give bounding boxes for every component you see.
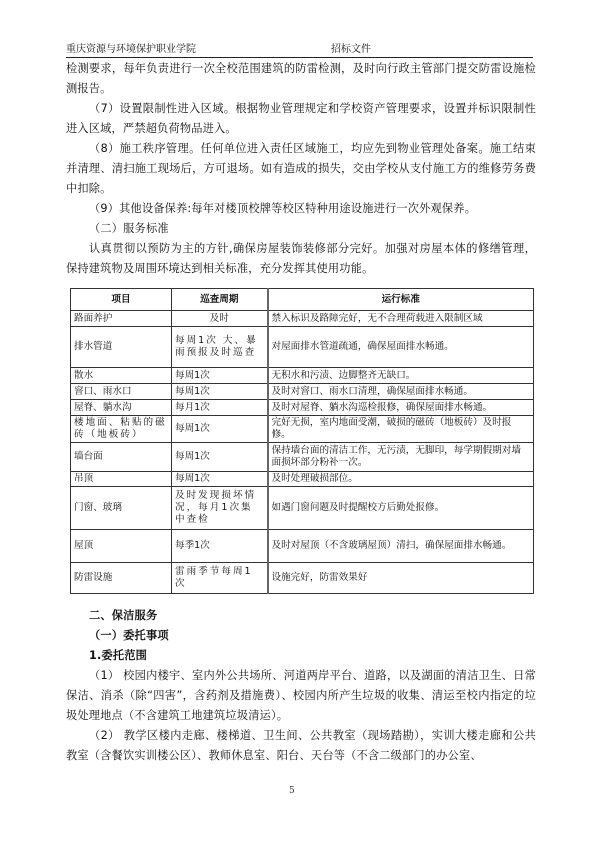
- table-row: 路面养护 及时 禁入标识及路障完好，无不合理荷载进入限制区域: [71, 311, 534, 327]
- page-number: 5: [289, 786, 295, 796]
- cell-cycle: 每月1次: [172, 400, 268, 416]
- cell-standard: 禁入标识及路障完好，无不合理荷载进入限制区域: [268, 311, 534, 327]
- paragraph-standard-intro: 认真贯彻以预防为主的方针,确保房屋装饰装修部分完好。加强对房屋本体的修缮管理，保…: [66, 239, 536, 279]
- header-doc-type: 招标文件: [331, 44, 371, 56]
- cell-standard: 保持墙台面的清洁工作，无污渍，无脚印，每学期假期对墙面损坏部分粉补一次。: [268, 443, 534, 472]
- cell-item: 路面养护: [71, 311, 172, 327]
- cell-standard: 及时处理破损部位。: [268, 472, 534, 487]
- table-row: 墙台面 每周1次 保持墙台面的清洁工作，无污渍，无脚印，每学期假期对墙面损坏部分…: [71, 443, 534, 472]
- cell-standard: 完好无损，室内地面受潮，破损的磁砖（地板砖）及时报修。: [268, 416, 534, 443]
- cell-cycle: 雷雨季节每周1次: [172, 563, 268, 594]
- paragraph-lightning-test: 检测要求，每年负责进行一次全校范围建筑的防雷检测，及时向行政主管部门提交防雷设施…: [66, 59, 536, 99]
- heading-service-standard: （二）服务标准: [66, 219, 536, 239]
- table-row: 排水管道 每周1次 大、暴雨预报及时巡查 对屋面排水管道疏通，确保屋面排水畅通。: [71, 327, 534, 368]
- cell-cycle: 每周1次: [172, 443, 268, 472]
- cell-item: 吊顶: [71, 472, 172, 487]
- table-row: 防雷设施 雷雨季节每周1次 设施完好，防雷效果好: [71, 563, 534, 594]
- cell-cycle: 每周1次: [172, 472, 268, 487]
- table-row: 屋顶 每季1次 及时对屋顶（不含玻璃屋顶）清扫，确保屋面排水畅通。: [71, 530, 534, 563]
- cell-item: 屋脊、躺水沟: [71, 400, 172, 416]
- table-row: 吊顶 每周1次 及时处理破损部位。: [71, 472, 534, 487]
- column-header-item: 项目: [71, 289, 172, 311]
- cell-item: 散水: [71, 368, 172, 384]
- cell-standard: 设施完好，防雷效果好: [268, 563, 534, 594]
- cell-cycle: 及时发现损坏情况，每月1次集中查检: [172, 487, 268, 530]
- column-header-standard: 运行标准: [268, 289, 534, 311]
- table-row: 窨口、雨水口 每周1次 及时对窨口、雨水口清理，确保屋面排水畅通。: [71, 384, 534, 400]
- paragraph-other-maintenance: （9）其他设备保养:每年对楼顶校牌等校区特种用途设施进行一次外观保养。: [66, 199, 536, 219]
- page-header: 重庆资源与环境保护职业学院 招标文件: [66, 44, 533, 58]
- cell-cycle: 及时: [172, 311, 268, 327]
- table-row: 散水 每周1次 无积水和污渍、边脚整齐无缺口。: [71, 368, 534, 384]
- cell-cycle: 每周1次: [172, 384, 268, 400]
- cell-standard: 及时对屋顶（不含玻璃屋顶）清扫，确保屋面排水畅通。: [268, 530, 534, 563]
- cell-standard: 及时对窨口、雨水口清理，确保屋面排水畅通。: [268, 384, 534, 400]
- cleaning-section: 二、保洁服务 （一）委托事项 1.委托范围 （1） 校园内楼宇、室内外公共场所、…: [66, 606, 536, 766]
- column-header-cycle: 巡查周期: [172, 289, 268, 311]
- cell-standard: 及时对屋脊、躺水沟巡检报修，确保屋面排水畅通。: [268, 400, 534, 416]
- header-organization: 重庆资源与环境保护职业学院: [66, 44, 196, 56]
- cell-item: 楼地面、粘贴的磁砖（地板砖）: [71, 416, 172, 443]
- subsection-title-entrusted: （一）委托事项: [66, 626, 536, 646]
- cell-cycle: 每周1次: [172, 368, 268, 384]
- cell-item: 排水管道: [71, 327, 172, 368]
- table-row: 门窗、玻璃 及时发现损坏情况，每月1次集中查检 如遇门窗问题及时提醒校方后勤处报…: [71, 487, 534, 530]
- table-row: 楼地面、粘贴的磁砖（地板砖） 每周1次 完好无损，室内地面受潮，破损的磁砖（地板…: [71, 416, 534, 443]
- cell-item: 门窗、玻璃: [71, 487, 172, 530]
- cell-standard: 无积水和污渍、边脚整齐无缺口。: [268, 368, 534, 384]
- cell-item: 屋顶: [71, 530, 172, 563]
- service-standard-table: 项目 巡查周期 运行标准 路面养护 及时 禁入标识及路障完好，无不合理荷载进入限…: [70, 288, 534, 594]
- cell-standard: 对屋面排水管道疏通，确保屋面排水畅通。: [268, 327, 534, 368]
- table-row: 屋脊、躺水沟 每月1次 及时对屋脊、躺水沟巡检报修，确保屋面排水畅通。: [71, 400, 534, 416]
- cell-standard: 如遇门窗问题及时提醒校方后勤处报修。: [268, 487, 534, 530]
- cell-item: 墙台面: [71, 443, 172, 472]
- table-header-row: 项目 巡查周期 运行标准: [71, 289, 534, 311]
- sub-subsection-title-scope: 1.委托范围: [66, 646, 536, 666]
- cell-item: 防雷设施: [71, 563, 172, 594]
- cell-cycle: 每周1次: [172, 416, 268, 443]
- top-section: 检测要求，每年负责进行一次全校范围建筑的防雷检测，及时向行政主管部门提交防雷设施…: [66, 59, 536, 279]
- paragraph-restricted-area: （7）设置限制性进入区域。根据物业管理规定和学校资产管理要求，设置并标识限制性进…: [66, 99, 536, 139]
- paragraph-construction-order: （8）施工秩序管理。任何单位进入责任区域施工，均应先到物业管理处备案。施工结束并…: [66, 139, 536, 199]
- cell-cycle: 每季1次: [172, 530, 268, 563]
- cell-cycle: 每周1次 大、暴雨预报及时巡查: [172, 327, 268, 368]
- paragraph-scope-1: （1） 校园内楼宇、室内外公共场所、河道两岸平台、道路，以及湖面的清洁卫生、日常…: [66, 666, 536, 726]
- cell-item: 窨口、雨水口: [71, 384, 172, 400]
- paragraph-scope-2: （2） 教学区楼内走廊、楼梯道、卫生间、公共教室（现场踏勘），实训大楼走廊和公共…: [66, 726, 536, 766]
- section-title-cleaning: 二、保洁服务: [66, 606, 536, 626]
